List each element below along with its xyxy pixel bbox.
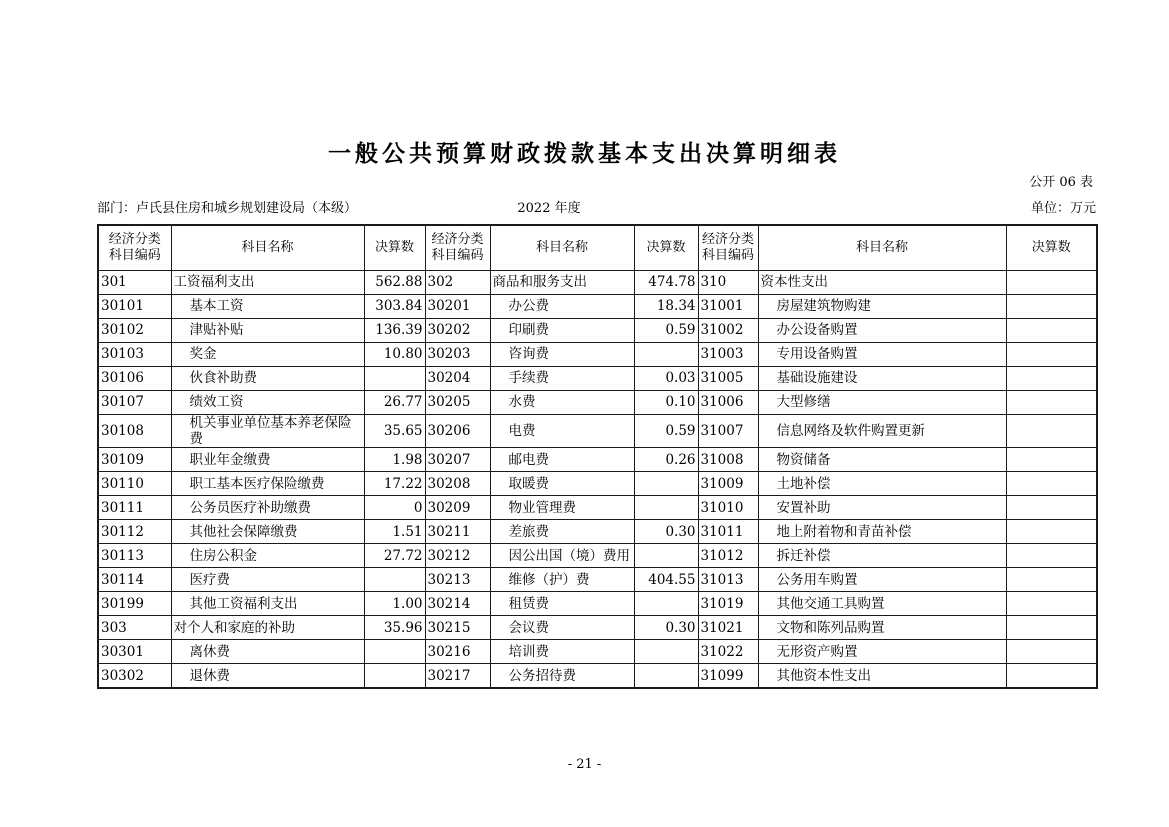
- economic-code-cell: 30212: [425, 544, 490, 568]
- header-economic-code-1: 经济分类 科目编码: [98, 225, 171, 271]
- economic-code-cell: 30203: [425, 343, 490, 367]
- final-amount-cell: 10.80: [364, 343, 425, 367]
- subject-name-cell: 物资储备: [758, 448, 1006, 472]
- economic-code-cell: 30302: [98, 664, 171, 689]
- subject-name-cell: 安置补助: [758, 496, 1006, 520]
- header-code-line1: 经济分类: [101, 232, 169, 248]
- table-row: 30302退休费30217公务招待费31099其他资本性支出: [98, 664, 1097, 689]
- header-subject-name-2: 科目名称: [490, 225, 634, 271]
- table-row: 30109职业年金缴费1.9830207邮电费0.2631008物资储备: [98, 448, 1097, 472]
- economic-code-cell: 301: [98, 271, 171, 295]
- economic-code-cell: 31013: [698, 568, 758, 592]
- economic-code-cell: 30112: [98, 520, 171, 544]
- subject-name-cell: 住房公积金: [171, 544, 364, 568]
- table-row: 30112其他社会保障缴费1.5130211差旅费0.3031011地上附着物和…: [98, 520, 1097, 544]
- economic-code-cell: 31006: [698, 391, 758, 415]
- final-amount-cell: [1006, 415, 1097, 448]
- final-amount-cell: [1006, 295, 1097, 319]
- economic-code-cell: 30111: [98, 496, 171, 520]
- final-amount-cell: 26.77: [364, 391, 425, 415]
- subject-name-cell: 水费: [490, 391, 634, 415]
- economic-code-cell: 30204: [425, 367, 490, 391]
- header-final-amount-2: 决算数: [634, 225, 698, 271]
- table-row: 301工资福利支出562.88302商品和服务支出474.78310资本性支出: [98, 271, 1097, 295]
- subject-name-cell: 培训费: [490, 640, 634, 664]
- final-amount-cell: [634, 664, 698, 689]
- table-row: 30103奖金10.8030203咨询费31003专用设备购置: [98, 343, 1097, 367]
- economic-code-cell: 30107: [98, 391, 171, 415]
- economic-code-cell: 30214: [425, 592, 490, 616]
- page-number: - 21 -: [0, 757, 1169, 772]
- final-amount-cell: 404.55: [634, 568, 698, 592]
- subject-name-cell: 手续费: [490, 367, 634, 391]
- final-amount-cell: 0: [364, 496, 425, 520]
- economic-code-cell: 30108: [98, 415, 171, 448]
- subject-name-cell: 对个人和家庭的补助: [171, 616, 364, 640]
- table-row: 30199其他工资福利支出1.0030214租赁费31019其他交通工具购置: [98, 592, 1097, 616]
- final-amount-cell: [1006, 496, 1097, 520]
- final-amount-cell: [1006, 448, 1097, 472]
- economic-code-cell: 30201: [425, 295, 490, 319]
- subject-name-cell: 文物和陈列品购置: [758, 616, 1006, 640]
- subject-name-cell: 其他工资福利支出: [171, 592, 364, 616]
- subject-name-cell: 邮电费: [490, 448, 634, 472]
- subject-name-cell: 其他交通工具购置: [758, 592, 1006, 616]
- table-row: 30107绩效工资26.7730205水费0.1031006大型修缮: [98, 391, 1097, 415]
- economic-code-cell: 31021: [698, 616, 758, 640]
- economic-code-cell: 31001: [698, 295, 758, 319]
- final-amount-cell: [364, 568, 425, 592]
- final-amount-cell: [1006, 343, 1097, 367]
- final-amount-cell: [364, 664, 425, 689]
- economic-code-cell: 31007: [698, 415, 758, 448]
- subject-name-cell: 租赁费: [490, 592, 634, 616]
- table-row: 30301离休费30216培训费31022无形资产购置: [98, 640, 1097, 664]
- subject-name-cell: 公务员医疗补助缴费: [171, 496, 364, 520]
- economic-code-cell: 30101: [98, 295, 171, 319]
- economic-code-cell: 30215: [425, 616, 490, 640]
- final-amount-cell: 27.72: [364, 544, 425, 568]
- final-amount-cell: [1006, 271, 1097, 295]
- header-code-line2: 科目编码: [701, 248, 756, 264]
- subject-name-cell: 信息网络及软件购置更新: [758, 415, 1006, 448]
- final-amount-cell: [364, 367, 425, 391]
- table-row: 30114医疗费30213维修（护）费404.5531013公务用车购置: [98, 568, 1097, 592]
- subject-name-cell: 专用设备购置: [758, 343, 1006, 367]
- economic-code-cell: 302: [425, 271, 490, 295]
- subject-name-cell: 土地补偿: [758, 472, 1006, 496]
- economic-code-cell: 30202: [425, 319, 490, 343]
- header-code-line2: 科目编码: [428, 248, 488, 264]
- final-amount-cell: [1006, 520, 1097, 544]
- subject-name-cell: 拆迁补偿: [758, 544, 1006, 568]
- final-amount-cell: [1006, 544, 1097, 568]
- table-row: 30108机关事业单位基本养老保险费35.6530206电费0.5931007信…: [98, 415, 1097, 448]
- final-amount-cell: [1006, 664, 1097, 689]
- subject-name-cell: 职工基本医疗保险缴费: [171, 472, 364, 496]
- final-amount-cell: 0.10: [634, 391, 698, 415]
- economic-code-cell: 30109: [98, 448, 171, 472]
- subject-name-cell: 公务招待费: [490, 664, 634, 689]
- subject-name-cell: 资本性支出: [758, 271, 1006, 295]
- subject-name-cell: 伙食补助费: [171, 367, 364, 391]
- subject-name-cell: 取暖费: [490, 472, 634, 496]
- subject-name-cell: 会议费: [490, 616, 634, 640]
- economic-code-cell: 31005: [698, 367, 758, 391]
- economic-code-cell: 31022: [698, 640, 758, 664]
- final-amount-cell: [1006, 568, 1097, 592]
- economic-code-cell: 31003: [698, 343, 758, 367]
- table-row: 30111公务员医疗补助缴费030209物业管理费31010安置补助: [98, 496, 1097, 520]
- subject-name-cell: 办公设备购置: [758, 319, 1006, 343]
- economic-code-cell: 30114: [98, 568, 171, 592]
- economic-code-cell: 30113: [98, 544, 171, 568]
- table-row: 303对个人和家庭的补助35.9630215会议费0.3031021文物和陈列品…: [98, 616, 1097, 640]
- subject-name-cell: 其他资本性支出: [758, 664, 1006, 689]
- final-amount-cell: [634, 544, 698, 568]
- subject-name-cell: 奖金: [171, 343, 364, 367]
- economic-code-cell: 30301: [98, 640, 171, 664]
- header-code-line1: 经济分类: [701, 232, 756, 248]
- expenditure-detail-table: 经济分类 科目编码 科目名称 决算数 经济分类 科目编码 科目名称 决算数 经济…: [97, 224, 1098, 689]
- final-amount-cell: 303.84: [364, 295, 425, 319]
- final-amount-cell: 0.30: [634, 520, 698, 544]
- economic-code-cell: 31019: [698, 592, 758, 616]
- final-amount-cell: 1.00: [364, 592, 425, 616]
- economic-code-cell: 30208: [425, 472, 490, 496]
- final-amount-cell: [634, 640, 698, 664]
- unit-label: 单位：万元: [1031, 197, 1096, 216]
- subject-name-cell: 绩效工资: [171, 391, 364, 415]
- final-amount-cell: [1006, 592, 1097, 616]
- final-amount-cell: [1006, 616, 1097, 640]
- form-number: 公开 06 表: [1029, 171, 1093, 190]
- final-amount-cell: [634, 472, 698, 496]
- header-subject-name-3: 科目名称: [758, 225, 1006, 271]
- table-row: 30106伙食补助费30204手续费0.0331005基础设施建设: [98, 367, 1097, 391]
- table-row: 30101基本工资303.8430201办公费18.3431001房屋建筑物购建: [98, 295, 1097, 319]
- economic-code-cell: 30110: [98, 472, 171, 496]
- final-amount-cell: [1006, 391, 1097, 415]
- subject-name-cell: 房屋建筑物购建: [758, 295, 1006, 319]
- header-row: 经济分类 科目编码 科目名称 决算数 经济分类 科目编码 科目名称 决算数 经济…: [98, 225, 1097, 271]
- subject-name-cell: 职业年金缴费: [171, 448, 364, 472]
- subject-name-cell: 机关事业单位基本养老保险费: [171, 415, 364, 448]
- subject-name-cell: 物业管理费: [490, 496, 634, 520]
- final-amount-cell: 0.59: [634, 319, 698, 343]
- final-amount-cell: [634, 343, 698, 367]
- economic-code-cell: 30199: [98, 592, 171, 616]
- economic-code-cell: 30211: [425, 520, 490, 544]
- final-amount-cell: 35.65: [364, 415, 425, 448]
- table-row: 30102津贴补贴136.3930202印刷费0.5931002办公设备购置: [98, 319, 1097, 343]
- subject-name-cell: 维修（护）费: [490, 568, 634, 592]
- final-amount-cell: 18.34: [634, 295, 698, 319]
- final-amount-cell: [1006, 319, 1097, 343]
- economic-code-cell: 30103: [98, 343, 171, 367]
- subject-name-cell: 医疗费: [171, 568, 364, 592]
- economic-code-cell: 31010: [698, 496, 758, 520]
- table-meta-row: 部门：卢氏县住房和城乡规划建设局（本级） 2022 年度 单位：万元: [97, 197, 1096, 217]
- economic-code-cell: 30216: [425, 640, 490, 664]
- economic-code-cell: 31008: [698, 448, 758, 472]
- header-subject-name-1: 科目名称: [171, 225, 364, 271]
- economic-code-cell: 30213: [425, 568, 490, 592]
- department-label: 部门：卢氏县住房和城乡规划建设局（本级）: [97, 197, 357, 216]
- subject-name-cell: 差旅费: [490, 520, 634, 544]
- header-economic-code-3: 经济分类 科目编码: [698, 225, 758, 271]
- final-amount-cell: [1006, 472, 1097, 496]
- final-amount-cell: 0.30: [634, 616, 698, 640]
- header-final-amount-3: 决算数: [1006, 225, 1097, 271]
- final-amount-cell: 0.59: [634, 415, 698, 448]
- final-amount-cell: [1006, 640, 1097, 664]
- subject-name-cell: 津贴补贴: [171, 319, 364, 343]
- subject-name-cell: 无形资产购置: [758, 640, 1006, 664]
- subject-name-cell: 电费: [490, 415, 634, 448]
- economic-code-cell: 31011: [698, 520, 758, 544]
- header-code-line1: 经济分类: [428, 232, 488, 248]
- final-amount-cell: 1.98: [364, 448, 425, 472]
- economic-code-cell: 30207: [425, 448, 490, 472]
- final-amount-cell: 0.03: [634, 367, 698, 391]
- header-code-line2: 科目编码: [101, 248, 169, 264]
- economic-code-cell: 30206: [425, 415, 490, 448]
- economic-code-cell: 30102: [98, 319, 171, 343]
- economic-code-cell: 31099: [698, 664, 758, 689]
- final-amount-cell: [364, 640, 425, 664]
- fiscal-year-label: 2022 年度: [517, 197, 580, 216]
- final-amount-cell: 17.22: [364, 472, 425, 496]
- subject-name-cell: 基本工资: [171, 295, 364, 319]
- subject-name-cell: 离休费: [171, 640, 364, 664]
- economic-code-cell: 31012: [698, 544, 758, 568]
- subject-name-cell: 因公出国（境）费用: [490, 544, 634, 568]
- economic-code-cell: 30205: [425, 391, 490, 415]
- economic-code-cell: 310: [698, 271, 758, 295]
- subject-name-cell: 咨询费: [490, 343, 634, 367]
- page-title: 一般公共预算财政拨款基本支出决算明细表: [0, 135, 1169, 168]
- economic-code-cell: 30209: [425, 496, 490, 520]
- final-amount-cell: [634, 592, 698, 616]
- header-economic-code-2: 经济分类 科目编码: [425, 225, 490, 271]
- economic-code-cell: 31002: [698, 319, 758, 343]
- subject-name-cell: 印刷费: [490, 319, 634, 343]
- table-row: 30113住房公积金27.7230212因公出国（境）费用31012拆迁补偿: [98, 544, 1097, 568]
- document-page: 一般公共预算财政拨款基本支出决算明细表 公开 06 表 部门：卢氏县住房和城乡规…: [0, 0, 1169, 827]
- economic-code-cell: 30106: [98, 367, 171, 391]
- header-final-amount-1: 决算数: [364, 225, 425, 271]
- subject-name-cell: 商品和服务支出: [490, 271, 634, 295]
- final-amount-cell: 0.26: [634, 448, 698, 472]
- final-amount-cell: [634, 496, 698, 520]
- economic-code-cell: 303: [98, 616, 171, 640]
- final-amount-cell: 474.78: [634, 271, 698, 295]
- subject-name-cell: 基础设施建设: [758, 367, 1006, 391]
- final-amount-cell: 35.96: [364, 616, 425, 640]
- economic-code-cell: 31009: [698, 472, 758, 496]
- final-amount-cell: [1006, 367, 1097, 391]
- final-amount-cell: 136.39: [364, 319, 425, 343]
- subject-name-cell: 办公费: [490, 295, 634, 319]
- subject-name-cell: 地上附着物和青苗补偿: [758, 520, 1006, 544]
- final-amount-cell: 562.88: [364, 271, 425, 295]
- subject-name-cell: 其他社会保障缴费: [171, 520, 364, 544]
- subject-name-cell: 公务用车购置: [758, 568, 1006, 592]
- economic-code-cell: 30217: [425, 664, 490, 689]
- subject-name-cell: 工资福利支出: [171, 271, 364, 295]
- subject-name-cell: 大型修缮: [758, 391, 1006, 415]
- table-row: 30110职工基本医疗保险缴费17.2230208取暖费31009土地补偿: [98, 472, 1097, 496]
- subject-name-cell: 退休费: [171, 664, 364, 689]
- final-amount-cell: 1.51: [364, 520, 425, 544]
